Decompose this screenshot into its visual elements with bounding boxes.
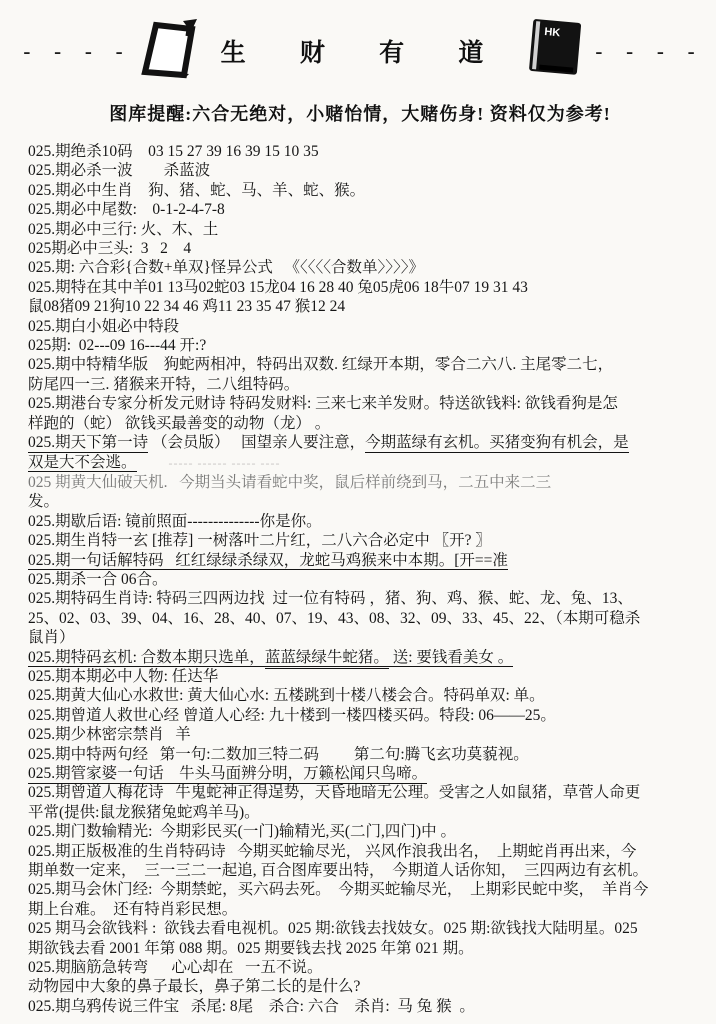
text-line: 025.期必中三行: 火、木、土 (28, 220, 692, 239)
text-line: 动物园中大象的鼻子最长，鼻子第二长的是什么? (28, 977, 692, 996)
masthead: - - - - - 生 财 有 道 HK - - (28, 14, 692, 88)
text-line: 025.期脑筋急转弯 心心却在 一五不说。 (28, 958, 692, 977)
text-line: 期单数一定来， 三一三二一起追, 百合图库要出特， 今期道人话你知， 三四两边有… (28, 861, 692, 880)
text-line: 025.期港台专家分析发元财诗 特码发财料: 三来七来羊发财。特送欲钱料: 欲钱… (28, 394, 692, 413)
hk-book-label: HK (544, 25, 561, 38)
text-segment: 蓝蓝绿绿牛蛇猪。 (265, 649, 389, 670)
text-segment: 025.期本期必中人物: 任达华 (28, 668, 218, 685)
text-segment: 25、02、03、39、04、16、28、40、07、19、43、08、32、0… (28, 610, 640, 627)
text-segment: 025 期马会欲钱料 : 欲钱去看电视机。025 期:欲钱去找妓女。025 期:… (28, 920, 638, 937)
text-segment: 期欲钱去看 2001 年第 088 期。025 期要钱去找 2025 年第 02… (28, 940, 474, 957)
text-segment: 025.期曾道人梅花诗 牛鬼蛇神正得逞势，天昏地暗无公理。受害之人如鼠猪，草菅人… (28, 784, 640, 801)
text-segment: 025.期绝杀10码 03 15 27 39 16 39 15 10 35 (28, 143, 319, 160)
text-line: 防尾四一三. 猪猴来开特，二八组特码。 (28, 375, 692, 394)
text-line: 025.期歇后语: 镜前照面--------------你是你。 (28, 512, 692, 531)
tip-sheet-page: - - - - - 生 财 有 道 HK - - (0, 0, 716, 1016)
text-line: 025.期必杀一波 杀蓝波 (28, 161, 692, 180)
text-segment: 防尾四一三. 猪猴来开特，二八组特码。 (28, 376, 299, 393)
text-segment: 鼠08猪09 21狗10 22 34 46 鸡11 23 35 47 猴12 2… (28, 298, 345, 315)
text-segment: 025.期中特精华版 狗蛇两相冲，特码出双数. 红绿开本期，零合二六八. 主尾零… (28, 356, 613, 373)
text-segment: 025.期必中生肖 狗、猪、蛇、马、羊、蛇、猴。 (28, 182, 365, 199)
text-line: 025.期马会休门经: 今期禁蛇，买六码去死。 今期买蛇输尽光， 上期彩民蛇中奖… (28, 880, 692, 899)
text-line: 样跑的（蛇） 欲钱买最善变的动物（龙） 。 (28, 414, 692, 433)
hk-book-icon: HK (523, 18, 589, 85)
text-segment: 今期蓝绿有玄机。买猪变狗有机会，是 (365, 434, 629, 453)
text-line: 25、02、03、39、04、16、28、40、07、19、43、08、32、0… (28, 609, 692, 628)
text-segment: 025.期黄大仙心水救世: 黄大仙心水: 五楼跳到十楼八楼会合。特码单双: 单。 (28, 687, 545, 704)
text-segment: 025.期乌鸦传说三件宝 杀尾: 8尾 杀合: 六合 杀肖: 马 兔 猴 。 (28, 998, 475, 1015)
text-segment: 双是大不会逃。 (28, 454, 137, 473)
disclaimer-notice: 图库提醒:六合无绝对，小赌怡情，大赌伤身! 资料仅为参考! (28, 100, 692, 126)
text-line: 025.期曾道人梅花诗 牛鬼蛇神正得逞势，天昏地暗无公理。受害之人如鼠猪，草菅人… (28, 783, 692, 802)
text-line: 025.期曾道人救世心经 曾道人心经: 九十楼到一楼四楼买码。特段: 06——2… (28, 706, 692, 725)
text-segment: 025.期中特两句经 第一句:二数加三特二码 第二句:腾飞玄功莫藐视。 (28, 746, 529, 763)
text-line: 025.期特在其中羊01 13马02蛇03 15龙04 16 28 40 兔05… (28, 278, 692, 297)
text-segment: 动物园中大象的鼻子最长，鼻子第二长的是什么? (28, 978, 360, 995)
text-segment: 025.期特码生肖诗: 特码三四两边找 过一位有特码 ，猪、狗、鸡、猴、蛇、龙、… (28, 590, 633, 607)
text-segment: 平常(提供:鼠龙猴猪兔蛇鸡羊马)。 (28, 804, 260, 821)
left-dashes: - - - - - (0, 39, 125, 64)
text-line: 025.期管家婆一句话 牛头马面辨分明，万籁松闻只鸟啼。 (28, 764, 692, 783)
text-segment: 025 期黄大仙破天机. 今期当头请看蛇中奖，鼠后样前绕到马，二五中来二三 (28, 474, 551, 491)
tips-list: 025.期绝杀10码 03 15 27 39 16 39 15 10 35025… (28, 142, 692, 1016)
text-line: 025.期中特精华版 狗蛇两相冲，特码出双数. 红绿开本期，零合二六八. 主尾零… (28, 355, 692, 374)
text-line: 025.期绝杀10码 03 15 27 39 16 39 15 10 35 (28, 142, 692, 161)
text-line: 025期: 02---09 16---44 开:? (28, 336, 692, 355)
text-line: 025.期少林密宗禁肖 羊 (28, 725, 692, 744)
text-segment: 期上台难。 还有特肖彩民想。 (28, 901, 237, 918)
text-segment: 025.期脑筋急转弯 心心却在 一五不说。 (28, 959, 323, 976)
text-segment: 发。 (28, 493, 59, 510)
text-segment: ----- ------ ----- ---- (137, 456, 281, 470)
text-segment: 025.期生肖特一玄 [推荐] 一树落叶二片红，二八六合必定中 〖开? 〗 (28, 532, 491, 549)
text-segment: 025.期特码玄机: 合数本期只选单， (28, 649, 265, 668)
text-segment: 025.期白小姐必中特段 (28, 318, 179, 335)
text-line: 期上台难。 还有特肖彩民想。 (28, 900, 692, 919)
text-line: 鼠肖） (28, 628, 692, 647)
text-line: 期欲钱去看 2001 年第 088 期。025 期要钱去找 2025 年第 02… (28, 939, 692, 958)
text-line: 025.期杀一合 06合。 (28, 570, 692, 589)
text-line: 025.期: 六合彩{合数+单双}怪异公式 《〈〈〈〈合数单〉〉〉〉》 (28, 258, 692, 277)
text-line: 双是大不会逃。 ----- ------ ----- ---- (28, 453, 692, 473)
text-line: 鼠08猪09 21狗10 22 34 46 鸡11 23 35 47 猴12 2… (28, 297, 692, 316)
text-segment: （会员版） 国望亲人要注意， (148, 434, 365, 451)
text-segment: 025.期门数输精光: 今期彩民买(一门)输精光,买(二门,四门)中 。 (28, 823, 456, 840)
text-segment: 025.期杀一合 06合。 (28, 571, 168, 588)
text-line: 025.期生肖特一玄 [推荐] 一树落叶二片红，二八六合必定中 〖开? 〗 (28, 531, 692, 550)
text-line: 025.期特码生肖诗: 特码三四两边找 过一位有特码 ，猪、狗、鸡、猴、蛇、龙、… (28, 589, 692, 608)
text-line: 025.期黄大仙心水救世: 黄大仙心水: 五楼跳到十楼八楼会合。特码单双: 单。 (28, 686, 692, 705)
text-segment: 025.期马会休门经: 今期禁蛇，买六码去死。 今期买蛇输尽光， 上期彩民蛇中奖… (28, 881, 648, 898)
text-line: 025 期马会欲钱料 : 欲钱去看电视机。025 期:欲钱去找妓女。025 期:… (28, 919, 692, 938)
text-segment: 025.期一句话解特码 红红绿绿杀绿双，龙蛇马鸡猴来中本期。[开==准 (28, 552, 508, 571)
text-line: 025.期一句话解特码 红红绿绿杀绿双，龙蛇马鸡猴来中本期。[开==准 (28, 551, 692, 570)
text-segment: 期单数一定来， 三一三二一起追, 百合图库要出特， 今期道人话你知， 三四两边有… (28, 862, 648, 879)
text-line: 发。 (28, 492, 692, 511)
text-line: 025.期必中尾数: 0-1-2-4-7-8 (28, 200, 692, 219)
right-dashes: - - - - - (595, 39, 716, 64)
text-segment: 025.期正版极准的生肖特码诗 今期买蛇输尽光， 兴风作浪我出名， 上期蛇肖再出… (28, 843, 636, 860)
text-line: 025.期正版极准的生肖特码诗 今期买蛇输尽光， 兴风作浪我出名， 上期蛇肖再出… (28, 842, 692, 861)
text-segment: 025期必中三头: 3 2 4 (28, 240, 191, 257)
text-segment: 025.期管家婆一句话 牛头马面辨分明，万籁松闻只鸟啼。 (28, 765, 427, 784)
text-line: 025.期本期必中人物: 任达华 (28, 667, 692, 686)
text-line: 025期必中三头: 3 2 4 (28, 239, 692, 258)
text-segment: 025.期必中尾数: 0-1-2-4-7-8 (28, 201, 225, 218)
text-segment: 025.期曾道人救世心经 曾道人心经: 九十楼到一楼四楼买码。特段: 06——2… (28, 707, 556, 724)
text-segment: 025期: 02---09 16---44 开:? (28, 337, 206, 354)
text-line: 025.期白小姐必中特段 (28, 317, 692, 336)
text-line: 025.期特码玄机: 合数本期只选单，蓝蓝绿绿牛蛇猪。 送: 要钱看美女 。 (28, 648, 692, 667)
text-segment: 025.期: 六合彩{合数+单双}怪异公式 《〈〈〈〈合数单〉〉〉〉》 (28, 259, 424, 276)
text-segment: 送: 要钱看美女 。 (389, 649, 513, 668)
text-segment: 025.期必杀一波 杀蓝波 (28, 162, 210, 179)
text-line: 025.期乌鸦传说三件宝 杀尾: 8尾 杀合: 六合 杀肖: 马 兔 猴 。 (28, 997, 692, 1016)
text-line: 025.期必中生肖 狗、猪、蛇、马、羊、蛇、猴。 (28, 181, 692, 200)
text-line: 025.期门数输精光: 今期彩民买(一门)输精光,买(二门,四门)中 。 (28, 822, 692, 841)
text-segment: 样跑的（蛇） 欲钱买最善变的动物（龙） 。 (28, 415, 330, 432)
page-title: 生 财 有 道 (221, 33, 508, 69)
text-line: 025.期中特两句经 第一句:二数加三特二码 第二句:腾飞玄功莫藐视。 (28, 745, 692, 764)
text-segment: 025.期天下第一诗 (28, 434, 148, 453)
text-line: 025.期天下第一诗 （会员版） 国望亲人要注意，今期蓝绿有玄机。买猪变狗有机会… (28, 433, 692, 452)
text-segment: 025.期港台专家分析发元财诗 特码发财料: 三来七来羊发财。特送欲钱料: 欲钱… (28, 395, 618, 412)
text-segment: 025.期歇后语: 镜前照面--------------你是你。 (28, 513, 322, 530)
text-segment: 025.期必中三行: 火、木、土 (28, 221, 218, 238)
text-segment: 025.期特在其中羊01 13马02蛇03 15龙04 16 28 40 兔05… (28, 279, 528, 296)
text-segment: 鼠肖） (28, 629, 75, 646)
open-book-icon (131, 18, 205, 85)
text-line: 025 期黄大仙破天机. 今期当头请看蛇中奖，鼠后样前绕到马，二五中来二三 (28, 473, 692, 492)
text-segment: 025.期少林密宗禁肖 羊 (28, 726, 191, 743)
text-line: 平常(提供:鼠龙猴猪兔蛇鸡羊马)。 (28, 803, 692, 822)
